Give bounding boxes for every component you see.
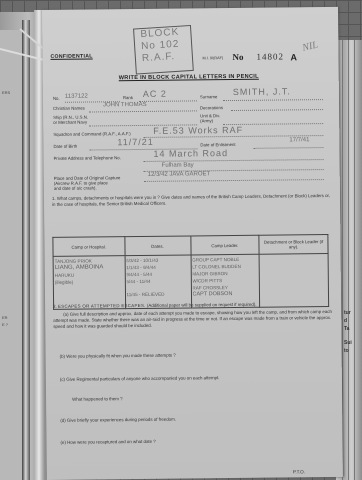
block-stamp: BLOCK No 102 R.A.F. [133, 25, 194, 75]
confidential-label: CONFIDENTIAL [50, 53, 92, 59]
date-of-birth-value: 11/7/21 [117, 137, 153, 147]
page-fragment: ERS [2, 90, 10, 95]
capture-value: 12/3/42 JAVA GAROET [148, 171, 211, 178]
serial-number: 14802 [256, 51, 284, 61]
section1-number: 1. [52, 196, 56, 201]
address-value-line2: Fulham Bay [162, 162, 194, 168]
address-label: Private Address and Telephone No. [54, 155, 121, 161]
dates-cell: 6/3/42 - 10/1/43 1/1/43 - 9/4/44 9/4/44 … [125, 255, 192, 309]
question-b: (b) Were you physically fit when you mad… [60, 353, 176, 359]
page-fragment: Sui [344, 340, 352, 346]
date-of-enlistment-value: 17/7/41 [289, 137, 309, 143]
section2-heading: ESCAPES OR ATTEMPTED ESCAPES. [58, 303, 146, 309]
rank-label: Rank [123, 95, 133, 100]
question-a: (a) Give full description and approx. da… [53, 309, 333, 330]
question-e: (e) How were you recaptured and on what … [61, 439, 156, 445]
page-fragment: E ? [2, 322, 8, 327]
page-fragment: Ta [344, 326, 349, 332]
camps-table: Camp or Hospital. Dates. Camp Leader. De… [52, 234, 329, 310]
page-fragment: d [344, 318, 347, 324]
service-number-value: 1137122 [65, 94, 88, 100]
question-c-followup: What happened to them ? [72, 396, 123, 402]
nil-annotation: NIL [301, 40, 319, 54]
ship-label: or Merchant Navy [53, 120, 87, 125]
camp-cell: TANJONG PRIOK LIANG, AMBOINA HARUKU (ill… [53, 256, 125, 310]
block-leader-cell [259, 254, 328, 308]
leader-cell: GROUP CAPT NOBLE LT COLONEL BUDDEN MAJOR… [191, 254, 260, 308]
unit-label: (Army) [200, 118, 213, 123]
number-label: No [232, 52, 243, 62]
address-value-line1: 14 March Road [153, 148, 228, 159]
service-number-label: No. [53, 96, 60, 101]
pow-questionnaire-form: CONFIDENTIAL BLOCK No 102 R.A.F. M.I. 9/… [42, 7, 343, 480]
stamp-line: R.A.F. [136, 50, 193, 65]
column-header: Dates. [124, 236, 190, 256]
table-row: TANJONG PRIOK LIANG, AMBOINA HARUKU (ill… [53, 254, 329, 310]
section1-question: 1. What camps, detachments or hospitals … [52, 193, 332, 208]
section2-number: 2. [53, 304, 57, 309]
squadron-value: F.E.53 Works RAF [153, 125, 243, 136]
christian-names-label: Christian Names [53, 106, 85, 111]
surname-label: Surname [200, 94, 217, 99]
pto-label: P.T.O. [293, 469, 305, 474]
column-header: Camp Leader. [190, 235, 259, 255]
page-fragment: to [344, 348, 349, 354]
christian-names-value: JOHN THOMAS [103, 102, 147, 108]
question-d: (d) Give briefly your experiences during… [60, 417, 176, 423]
column-header: Camp or Hospital. [53, 237, 125, 257]
squadron-label: Squadron and Command (R.A.F., A.A.F.) [53, 131, 130, 137]
page-fragment: tur [344, 310, 351, 316]
form-title: WRITE IN BLOCK CAPITAL LETTERS IN PENCIL [119, 74, 259, 81]
page-fragment: ER [2, 315, 8, 320]
decorations-label: Decorations [200, 105, 223, 110]
question-c: (c) Give Regimental particulars of anyon… [60, 375, 220, 382]
capture-label: and date of a/c crash). [54, 185, 97, 190]
surname-value: SMITH, J.T. [233, 86, 291, 97]
column-header: Detachment or Block Leader (if any). [259, 235, 328, 255]
rank-value: AC 2 [143, 89, 167, 99]
date-of-birth-label: Date of Birth [53, 144, 77, 149]
date-of-enlistment-label: Date of Enlistment [200, 142, 235, 147]
form-code: M.I. 9/(RAF) [202, 56, 223, 60]
serial-suffix: A [290, 52, 297, 62]
section1-text: What camps, detachments or hospitals wer… [52, 193, 330, 207]
binder-rod [22, 20, 30, 480]
